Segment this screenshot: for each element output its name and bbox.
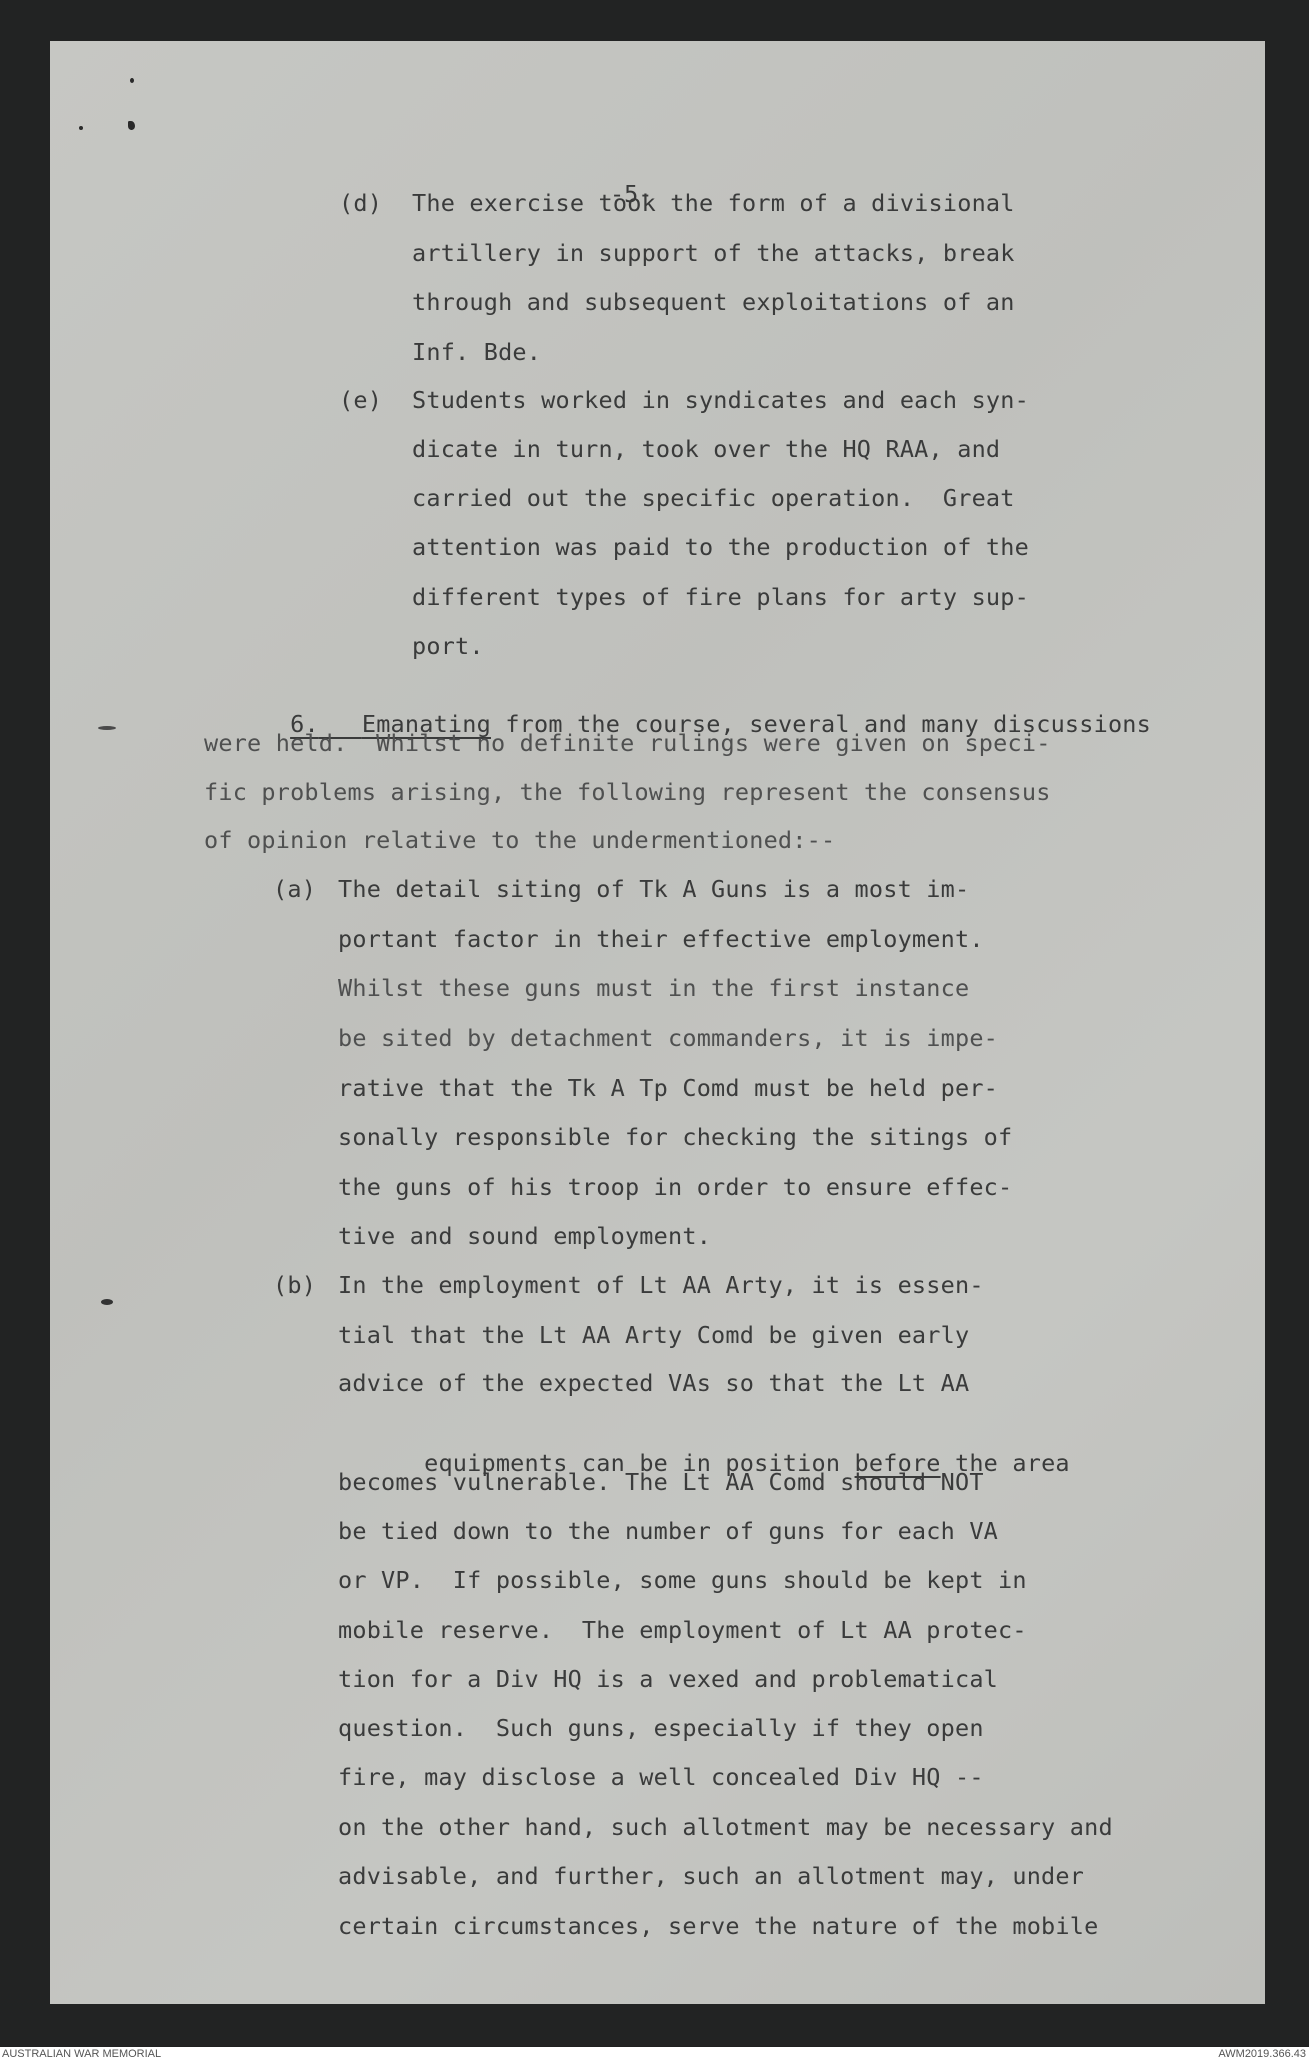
text-line: through and subsequent exploitations of … <box>412 287 1015 317</box>
text-line: In the employment of Lt AA Arty, it is e… <box>338 1270 984 1300</box>
text-line: portant factor in their effective employ… <box>338 924 984 954</box>
margin-mark <box>98 726 116 730</box>
text-line: The detail siting of Tk A Guns is a most… <box>338 874 969 904</box>
text-line: were held. Whilst no definite rulings we… <box>204 728 1051 758</box>
accession-id: AWM2019.366.43 <box>1218 2047 1306 2061</box>
text-line: mobile reserve. The employment of Lt AA … <box>338 1615 1027 1645</box>
text-line: different types of fire plans for arty s… <box>412 582 1029 612</box>
footer-bar <box>0 2047 1309 2061</box>
text-line: tial that the Lt AA Arty Comd be given e… <box>338 1320 969 1350</box>
margin-mark <box>79 126 83 130</box>
text-line: be sited by detachment commanders, it is… <box>338 1023 998 1053</box>
text-line: on the other hand, such allotment may be… <box>338 1812 1113 1842</box>
text-line: advisable, and further, such an allotmen… <box>338 1861 1084 1891</box>
text-line: artillery in support of the attacks, bre… <box>412 238 1015 268</box>
text-line: tive and sound employment. <box>338 1221 711 1251</box>
text-line: advice of the expected VAs so that the L… <box>338 1368 969 1398</box>
text-line: of opinion relative to the undermentione… <box>204 825 835 855</box>
margin-mark <box>130 78 134 83</box>
text-line: carried out the specific operation. Grea… <box>412 483 1015 513</box>
text-line: tion for a Div HQ is a vexed and problem… <box>338 1664 998 1694</box>
item-label: (b) <box>273 1270 316 1300</box>
text-line: Inf. Bde. <box>412 337 541 367</box>
text-line: or VP. If possible, some guns should be … <box>338 1565 1027 1595</box>
institution-label: AUSTRALIAN WAR MEMORIAL <box>2 2047 161 2061</box>
margin-mark <box>101 1299 113 1305</box>
document-page: -5- (d) The exercise took the form of a … <box>50 41 1265 2004</box>
margin-mark <box>128 121 135 130</box>
item-label: (e) <box>339 385 382 415</box>
text-line: fire, may disclose a well concealed Div … <box>338 1762 984 1792</box>
text-line: dicate in turn, took over the HQ RAA, an… <box>412 434 1000 464</box>
text-line: the guns of his troop in order to ensure… <box>338 1172 1012 1202</box>
text-line: Students worked in syndicates and each s… <box>412 385 1029 415</box>
text-line: certain circumstances, serve the nature … <box>338 1911 1098 1941</box>
text-line: port. <box>412 631 484 661</box>
item-label: (d) <box>339 188 382 218</box>
text-line: fic problems arising, the following repr… <box>204 777 1051 807</box>
text-line: be tied down to the number of guns for e… <box>338 1516 998 1546</box>
text-line: question. Such guns, especially if they … <box>338 1713 984 1743</box>
item-label: (a) <box>273 874 316 904</box>
text-line: attention was paid to the production of … <box>412 532 1029 562</box>
text-line: Whilst these guns must in the first inst… <box>338 973 969 1003</box>
text-line: rative that the Tk A Tp Comd must be hel… <box>338 1073 998 1103</box>
text-line: The exercise took the form of a division… <box>412 188 1015 218</box>
text-line: sonally responsible for checking the sit… <box>338 1122 1012 1152</box>
text-line: becomes vulnerable. The Lt AA Comd shoul… <box>338 1467 984 1497</box>
